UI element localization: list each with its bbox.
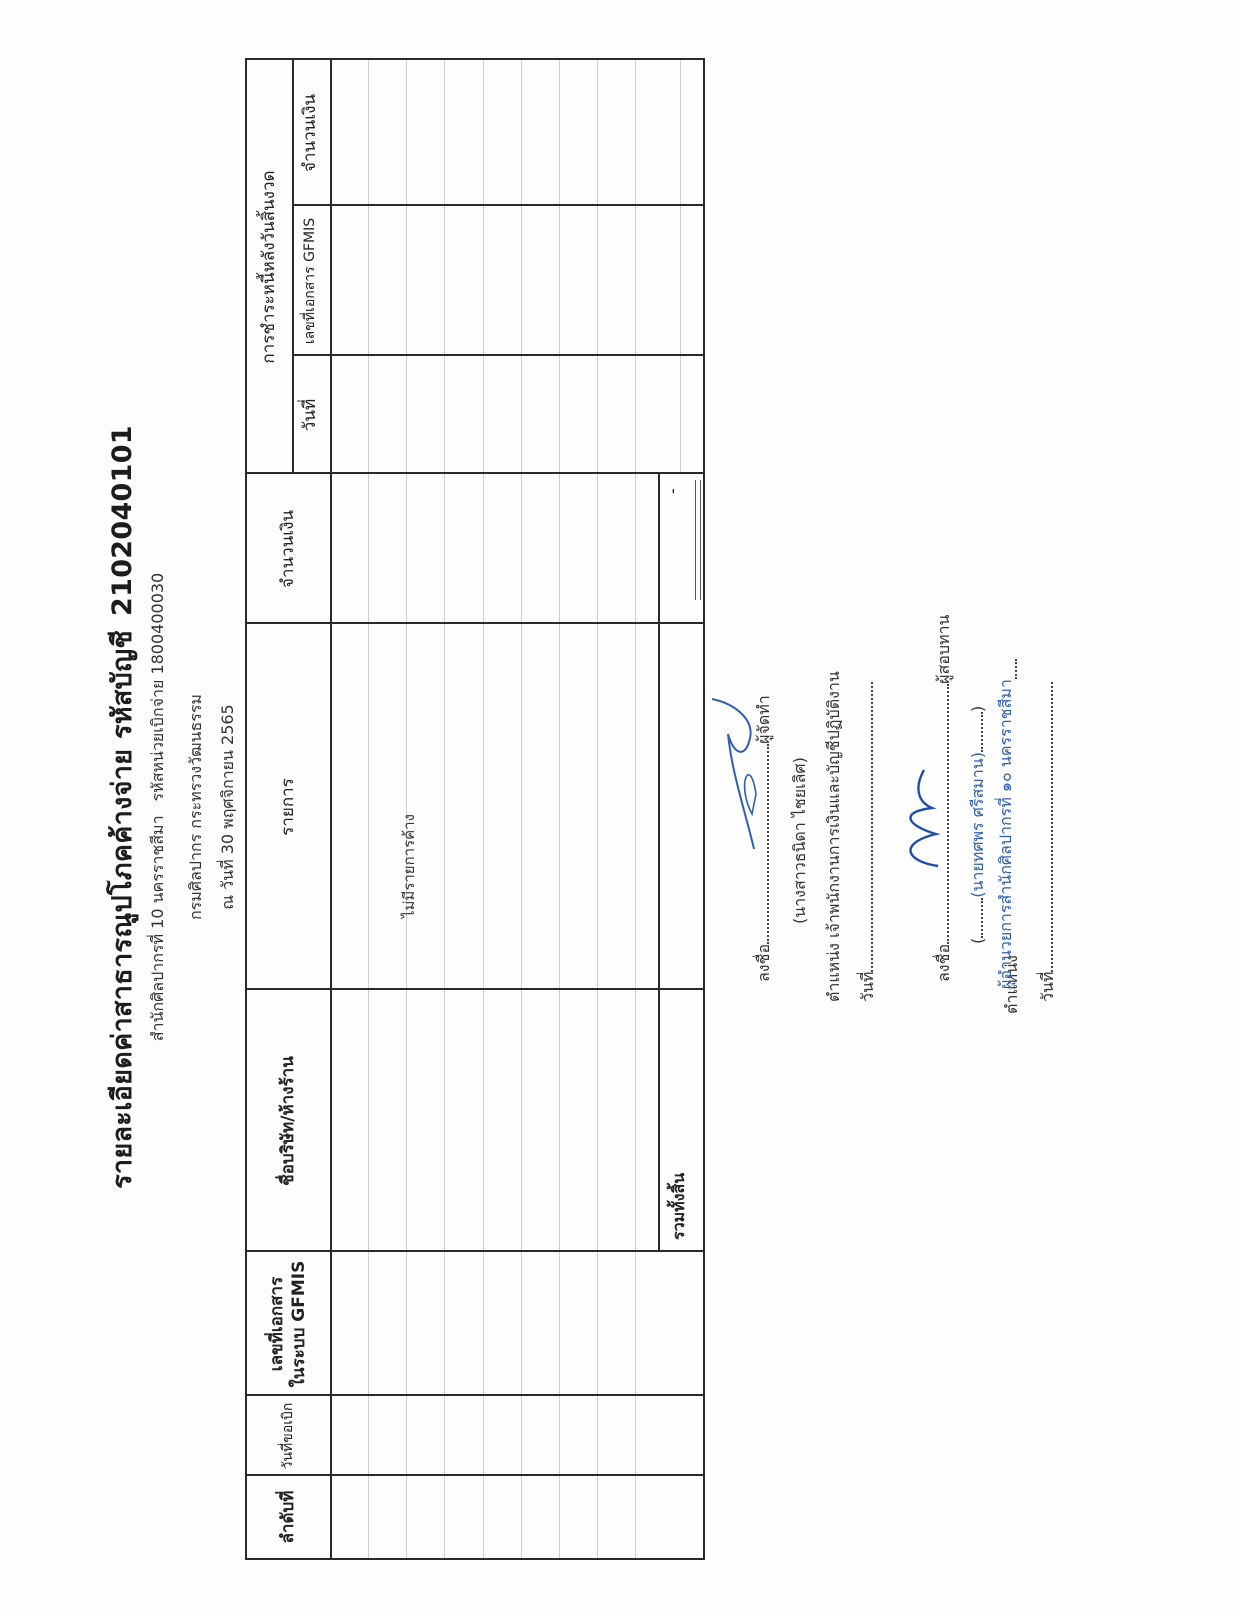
header-gfmis-doc-line1: เลขที่เอกสาร — [267, 1277, 288, 1371]
table-row — [406, 60, 407, 1558]
col-divider — [292, 354, 703, 356]
header-payment-doc: เลขที่เอกสาร GFMIS — [292, 206, 330, 356]
preparer-signature-mark — [706, 694, 766, 854]
account-code: 2102040101 — [107, 425, 138, 616]
document-page: รายละเอียดค่าสาธารณูปโภคค้างจ่าย รหัสบัญ… — [0, 0, 1239, 1614]
table-row — [521, 60, 522, 1558]
table-row — [680, 60, 681, 474]
table-row — [559, 60, 560, 1558]
department-line: กรมศิลปากร กระทรวงวัฒนธรรม — [184, 0, 209, 1614]
total-double-underline — [695, 480, 701, 600]
table-row — [444, 60, 445, 1558]
as-of-date: ณ วันที่ 30 พฤศจิกายน 2565 — [216, 0, 241, 1614]
preparer-position: ตำแหน่ง เจ้าพนักงานการเงินและบัญชีปฏิบัต… — [822, 671, 847, 1002]
header-payment-date: วันที่ — [292, 356, 330, 474]
preparer-date-line: วันที่ — [856, 682, 881, 1002]
total-amount: - — [663, 488, 682, 494]
table-row — [597, 60, 598, 1558]
reviewer-sign-label: ลงชื่อ — [934, 944, 953, 982]
header-request-date: วันที่ขอเบิก — [247, 1396, 330, 1476]
header-items: รายการ — [247, 624, 330, 990]
header-company: ชื่อบริษัท/ห้างร้าน — [247, 990, 330, 1252]
header-divider — [330, 60, 332, 1558]
col-divider — [292, 204, 703, 206]
preparer-sign-label: ลงชื่อ — [754, 944, 773, 982]
document-title: รายละเอียดค่าสาธารณูปโภคค้างจ่าย รหัสบัญ… — [100, 0, 143, 1614]
outstanding-utilities-table: ลำดับที่ วันที่ขอเบิก เลขที่เอกสาร ในระบ… — [245, 58, 705, 1560]
total-label: รวมทั้งสิ้น — [667, 1173, 692, 1240]
reviewer-name-line: ((นายทศพร ศรีสมาน)) — [966, 706, 991, 944]
reviewer-signature-mark — [888, 764, 948, 874]
reviewer-position: ผู้อำนวยการสำนักศิลปากรที่ ๑๐ นครราชสีมา — [996, 679, 1015, 989]
preparer-date-label: วันที่ — [858, 972, 877, 1002]
reviewer-position-line: ตำแหน่งผู้อำนวยการสำนักศิลปากรที่ ๑๐ นคร… — [1000, 659, 1025, 1014]
no-outstanding-items: ไม่มีรายการค้าง — [397, 814, 421, 918]
total-row-divider — [658, 474, 660, 1252]
office-name: สำนักศิลปากรที่ 10 นครราชสีมา — [148, 815, 167, 1041]
table-row — [483, 60, 484, 1558]
header-amount: จำนวนเงิน — [247, 474, 330, 624]
disbursement-unit: รหัสหน่วยเบิกจ่าย 1800400030 — [148, 573, 167, 802]
header-payment-group: การชำระหนี้หลังวันสิ้นงวด — [247, 60, 292, 474]
table-row — [368, 60, 369, 1558]
reviewer-date-field[interactable] — [1037, 682, 1053, 972]
title-text: รายละเอียดค่าสาธารณูปโภคค้างจ่าย รหัสบัญ… — [107, 630, 138, 1189]
preparer-name: (นางสาวธนิดา ไชยเลิศ) — [788, 757, 813, 924]
reviewer-date-line: วันที่ — [1036, 682, 1061, 1002]
office-line: สำนักศิลปากรที่ 10 นครราชสีมารหัสหน่วยเบ… — [146, 0, 171, 1614]
table-row — [635, 60, 636, 1558]
header-payment-amount: จำนวนเงิน — [292, 60, 330, 206]
header-gfmis-doc-line2: ในระบบ GFMIS — [289, 1261, 310, 1388]
reviewer-date-label: วันที่ — [1038, 972, 1057, 1002]
reviewer-name: (นายทศพร ศรีสมาน) — [968, 752, 987, 898]
reviewer-role: ผู้สอบทาน — [934, 615, 953, 684]
header-gfmis-doc: เลขที่เอกสาร ในระบบ GFMIS — [247, 1252, 330, 1396]
header-seq: ลำดับที่ — [247, 1476, 330, 1558]
preparer-date-field[interactable] — [857, 682, 873, 972]
